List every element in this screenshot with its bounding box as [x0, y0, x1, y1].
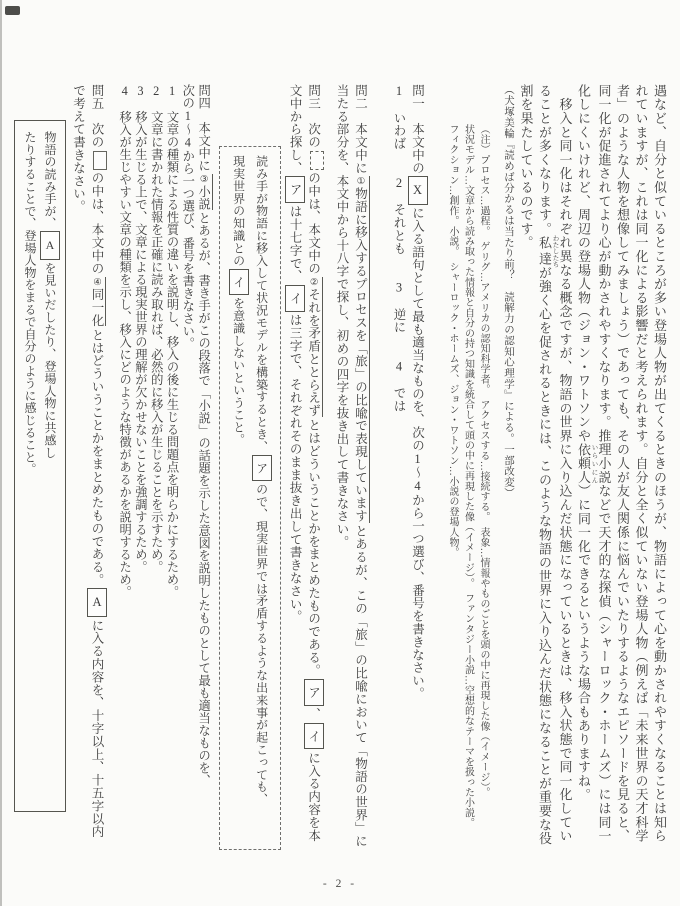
question-2-instruction: 問二 本文中に①物語に移入するプロセスを「旅」の比喩で表現していますとあるが、こ…: [333, 84, 370, 850]
question-1-options: 1 いわば 2 それとも 3 逆に 4 では: [390, 84, 409, 850]
question-3-box-line-1: 読み手が物語に移入して状況モデルを構築するとき、アので、現実世界では矛盾するよう…: [250, 155, 273, 841]
question-3-box-line-2: 現実世界の知識とのイを意識しないということ。: [227, 155, 250, 841]
dashed-box-glyph: [310, 151, 324, 170]
note-column-3: フィクション…創作。小説。 シャーロック・ホームズ、ジョン・ワトソン…小説の登場…: [445, 124, 461, 850]
blank-i-box: イ: [285, 285, 305, 312]
exam-content: 遇など、自分と似ているところが多い登場人物が出てくるときのほうが、物語によって心…: [6, 84, 668, 850]
question-3-instruction: 問三 次のの中は、本文中の②それを矛盾ととらえずとはどういうことかをまとめたもの…: [286, 84, 325, 850]
question-5-box-line-2: たりすることで、登場人物をまるで自分のように感じること。: [20, 131, 40, 801]
question-5-summary-box: 物語の読み手が、Aを見いだしたり、登場人物に共感し たりすることで、登場人物をま…: [14, 120, 66, 812]
reading-passage: 遇など、自分と似ているところが多い登場人物が出てくるときのほうが、物語によって心…: [516, 84, 668, 850]
source-citation: （犬塚美輪『読めば分かるは当たり前？ 読解力の認知心理学』による。一部改変）: [501, 84, 516, 850]
question-2: 問二 本文中に①物語に移入するプロセスを「旅」の比喩で表現していますとあるが、こ…: [333, 84, 370, 850]
question-4-option-3: 3 移入が生じる上で、文章による現実世界の理解が欠かせないことを強調するため。: [132, 84, 148, 850]
question-3-summary-box: 読み手が物語に移入して状況モデルを構築するとき、アので、現実世界では矛盾するよう…: [219, 146, 281, 850]
question-3: 問三 次のの中は、本文中の②それを矛盾ととらえずとはどういうことかをまとめたもの…: [219, 84, 325, 850]
underline-4: ④同一化: [90, 277, 107, 327]
blank-a-box: ア: [304, 679, 324, 706]
question-5-box-line-1: 物語の読み手が、Aを見いだしたり、登場人物に共感し: [40, 131, 60, 801]
question-4-option-4: 4 移入が生じやすい文章の種類を示し、移入にどのような特徴があるかを説明するため…: [116, 84, 132, 850]
blank-A-box: A: [40, 231, 60, 259]
underline-2: ②それを矛盾ととらえず: [307, 277, 324, 417]
scan-edge: [0, 0, 2, 906]
question-4-select-line: 次の1～4から一つ選び、番号を書きなさい。: [179, 84, 195, 850]
blank-x-box: X: [408, 176, 428, 204]
blank-i-box: イ: [304, 723, 324, 750]
citation-text: （犬塚美輪『読めば分かるは当たり前？ 読解力の認知心理学』による。一部改変）: [501, 84, 516, 850]
question-5: 問五 次のの中は、本文中の④同一化とはどういうことかをまとめたものである。Aに入…: [14, 84, 108, 850]
question-4-option-1: 1 文章の種類による性質の違いを説明し、移入の後に生じる問題点を明らかにするため…: [163, 84, 179, 850]
page-number: - 2 -: [0, 878, 680, 890]
underline-1: ①物語に移入するプロセスを「旅」の比喩で表現しています: [354, 176, 371, 522]
underline-3: ③小説: [197, 174, 214, 210]
note-column-1: （注）プロセス…過程。 ゲリグ…アメリカの認知科学者。 アクセスする…接続する。…: [476, 124, 492, 850]
blank-a-box: ア: [285, 176, 305, 203]
question-4-option-2: 2 文章に書かれた情報を正確に読み取れば、必然的に移入が生じることを示すため。: [147, 84, 163, 850]
solid-box-glyph: [93, 151, 107, 170]
ruby-watashitachi: 私達わたしたち: [537, 236, 552, 266]
blank-A-box: A: [87, 588, 107, 616]
blank-i-box: イ: [229, 269, 249, 295]
passage-paragraph-2: 移入と同一化はそれぞれ異なる概念ですが、物語の世界に入り込んだ状態になっていると…: [516, 84, 574, 850]
question-1: 問一 本文中のXに入る語句として最も適当なものを、次の1～4から一つ選び、番号を…: [390, 84, 427, 850]
glossary-notes: （注）プロセス…過程。 ゲリグ…アメリカの認知科学者。 アクセスする…接続する。…: [445, 84, 492, 850]
question-4-instruction: 問四 本文中に③小説とあるが、書き手がこの段落で「小説」の話題を示した意図を説明…: [195, 84, 211, 850]
blank-a-box: ア: [252, 455, 272, 481]
note-column-2: 状況モデル…文章から読み取った情報と自分の持つ知識を統合して頭の中に再現した像（…: [460, 124, 476, 850]
scan-mark: [5, 6, 20, 15]
question-1-instruction: 問一 本文中のXに入る語句として最も適当なものを、次の1～4から一つ選び、番号を…: [408, 84, 427, 850]
exam-page: { "page": { "number_label": "- 2 -", "ba…: [0, 0, 680, 906]
passage-paragraph-1: 遇など、自分と似ているところが多い登場人物が出てくるときのほうが、物語によって心…: [574, 84, 669, 850]
ruby-irainin: 依頼人いらいにん: [576, 443, 591, 484]
question-5-instruction: 問五 次のの中は、本文中の④同一化とはどういうことかをまとめたものである。Aに入…: [69, 84, 108, 850]
question-4: 問四 本文中に③小説とあるが、書き手がこの段落で「小説」の話題を示した意図を説明…: [116, 84, 211, 850]
